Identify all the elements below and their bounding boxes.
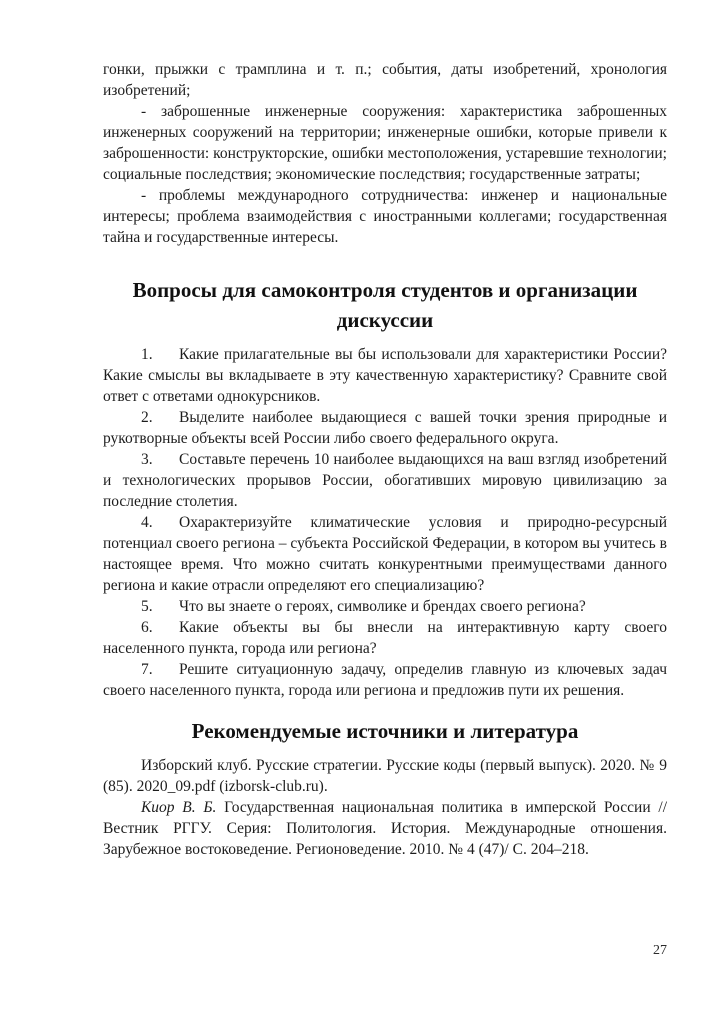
question-item-2: 2.Выделите наиболее выдающиеся с вашей т… xyxy=(103,407,667,449)
paragraph-continuation: гонки, прыжки с трамплина и т. п.; событ… xyxy=(103,59,667,101)
question-text: Охарактеризуйте климатические условия и … xyxy=(103,514,667,594)
reference-author: Киор В. Б. xyxy=(141,799,216,816)
reference-item-1: Изборский клуб. Русские стратегии. Русск… xyxy=(103,755,667,797)
question-number: 2. xyxy=(141,407,179,428)
question-text: Решите ситуационную задачу, определив гл… xyxy=(103,661,667,699)
paragraph-bullet-abandoned-structures: - заброшенные инженерные сооружения: хар… xyxy=(103,101,667,185)
question-text: Какие прилагательные вы бы использовали … xyxy=(103,346,667,405)
question-number: 1. xyxy=(141,344,179,365)
question-item-5: 5.Что вы знаете о героях, символике и бр… xyxy=(103,596,667,617)
document-page: гонки, прыжки с трамплина и т. п.; событ… xyxy=(0,0,724,1024)
question-item-7: 7.Решите ситуационную задачу, определив … xyxy=(103,659,667,701)
question-number: 5. xyxy=(141,596,179,617)
heading-recommended-sources: Рекомендуемые источники и литература xyxy=(103,716,667,746)
text-block: гонки, прыжки с трамплина и т. п.; событ… xyxy=(103,59,667,860)
question-number: 4. xyxy=(141,512,179,533)
question-text: Какие объекты вы бы внесли на интерактив… xyxy=(103,619,667,657)
heading-self-check-questions: Вопросы для самоконтроля студентов и орг… xyxy=(103,275,667,335)
question-text: Составьте перечень 10 наиболее выдающихс… xyxy=(103,451,667,510)
question-number: 6. xyxy=(141,617,179,638)
question-text: Что вы знаете о героях, символике и брен… xyxy=(179,598,586,615)
page-number: 27 xyxy=(0,942,667,960)
question-item-6: 6.Какие объекты вы бы внесли на интеракт… xyxy=(103,617,667,659)
question-number: 7. xyxy=(141,659,179,680)
question-item-3: 3.Составьте перечень 10 наиболее выдающи… xyxy=(103,449,667,512)
paragraph-bullet-international-cooperation: - проблемы международного сотрудничества… xyxy=(103,185,667,248)
question-text: Выделите наиболее выдающиеся с вашей точ… xyxy=(103,409,667,447)
question-item-4: 4.Охарактеризуйте климатические условия … xyxy=(103,512,667,596)
question-number: 3. xyxy=(141,449,179,470)
question-item-1: 1.Какие прилагательные вы бы использовал… xyxy=(103,344,667,407)
reference-item-2: Киор В. Б. Государственная национальная … xyxy=(103,797,667,860)
